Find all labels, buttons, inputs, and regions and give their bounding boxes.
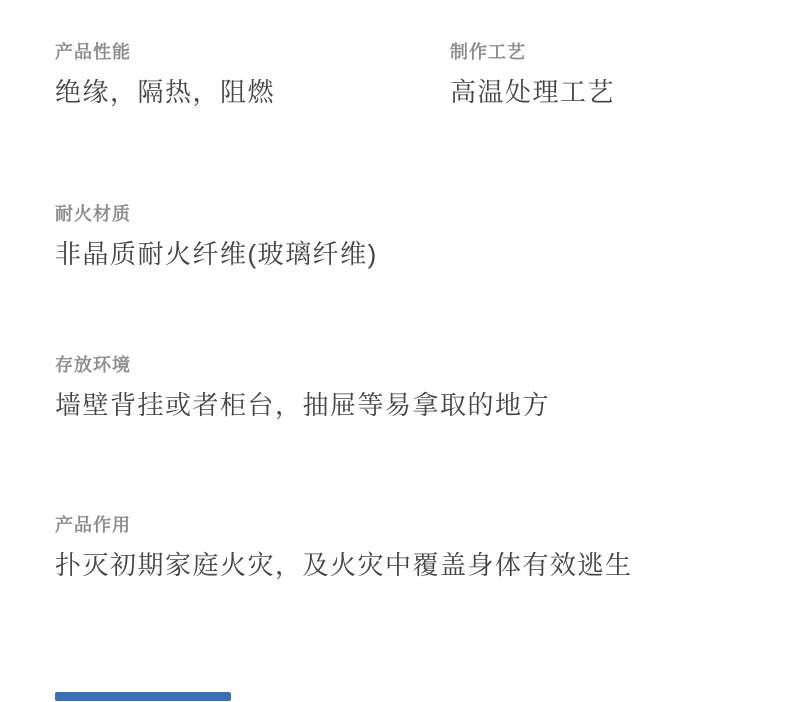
section-value: 扑灭初期家庭火灾，及火灾中覆盖身体有效逃生 bbox=[55, 549, 633, 581]
section-production-process: 制作工艺 高温处理工艺 bbox=[450, 41, 615, 108]
section-value: 非晶质耐火纤维(玻璃纤维) bbox=[55, 238, 378, 270]
section-value: 高温处理工艺 bbox=[450, 76, 615, 108]
section-storage-environment: 存放环境 墙壁背挂或者柜台，抽屉等易拿取的地方 bbox=[55, 354, 550, 421]
section-product-function: 产品作用 扑灭初期家庭火灾，及火灾中覆盖身体有效逃生 bbox=[55, 514, 633, 581]
section-label: 耐火材质 bbox=[55, 203, 378, 225]
section-label: 产品作用 bbox=[55, 514, 633, 536]
section-label: 产品性能 bbox=[55, 41, 275, 63]
section-value: 绝缘，隔热，阻燃 bbox=[55, 76, 275, 108]
section-fireproof-material: 耐火材质 非晶质耐火纤维(玻璃纤维) bbox=[55, 203, 378, 270]
section-product-performance: 产品性能 绝缘，隔热，阻燃 bbox=[55, 41, 275, 108]
section-label: 制作工艺 bbox=[450, 41, 615, 63]
section-label: 存放环境 bbox=[55, 354, 550, 376]
product-description-page: 产品性能 绝缘，隔热，阻燃 制作工艺 高温处理工艺 耐火材质 非晶质耐火纤维(玻… bbox=[0, 0, 790, 702]
accent-bar bbox=[55, 692, 231, 701]
section-value: 墙壁背挂或者柜台，抽屉等易拿取的地方 bbox=[55, 389, 550, 421]
